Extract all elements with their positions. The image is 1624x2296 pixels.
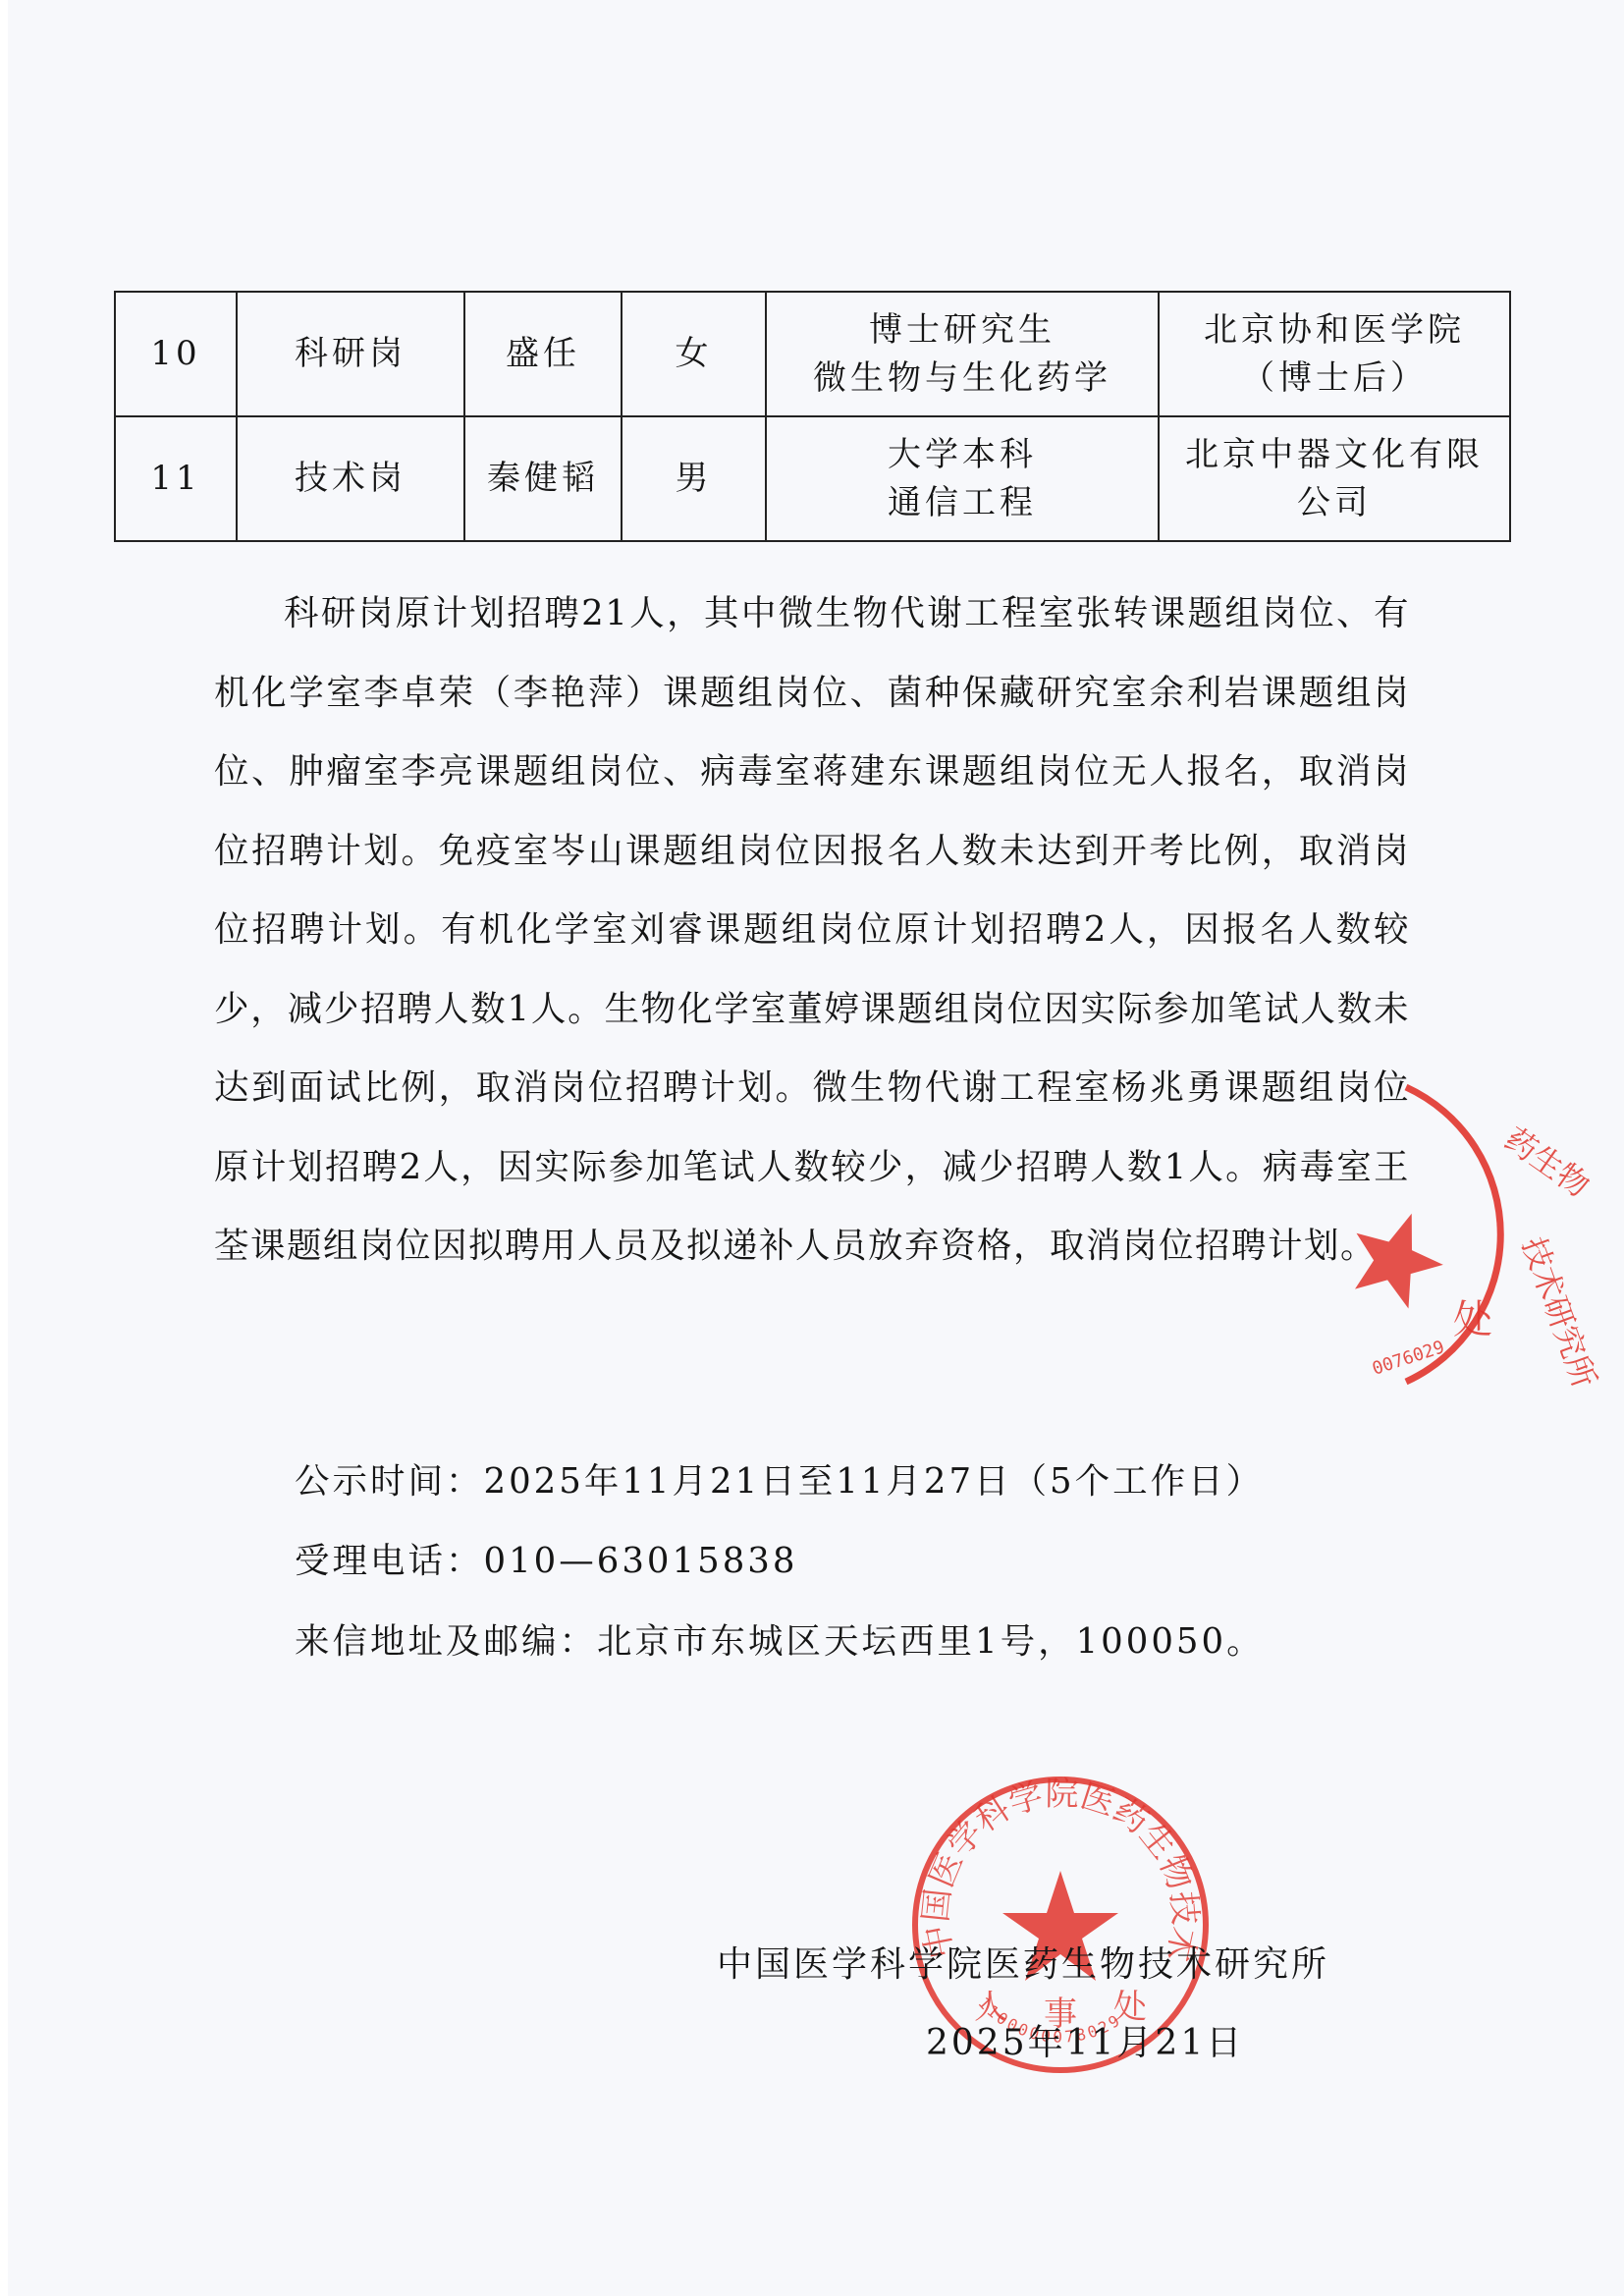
scan-page-edge [0,0,8,2296]
cell-employer: 北京协和医学院 （博士后） [1159,292,1510,416]
cell-post: 科研岗 [237,292,464,416]
cell-number: 11 [115,416,237,541]
education-major: 通信工程 [767,479,1158,527]
svg-text:中国医学科学院医药生物技术研究所: 中国医学科学院医药生物技术研究所 [903,1768,1205,1965]
education-major: 微生物与生化药学 [767,355,1158,403]
education-degree: 博士研究生 [767,306,1158,355]
employer-line-2: 公司 [1160,479,1509,527]
cell-name: 盛任 [464,292,622,416]
table-row: 10 科研岗 盛任 女 博士研究生 微生物与生化药学 北京协和医学院 （博士后） [115,292,1510,416]
issuing-organization: 中国医学科学院医药生物技术研究所 [717,1937,1329,1987]
svg-text:药生物: 药生物 [1497,1120,1596,1204]
mailing-address: 来信地址及邮编：北京市东城区天坛西里1号，100050。 [295,1613,1265,1664]
hiring-table: 10 科研岗 盛任 女 博士研究生 微生物与生化药学 北京协和医学院 （博士后）… [114,291,1511,542]
contact-phone: 受理电话：010—63015838 [295,1533,797,1583]
cell-gender: 女 [622,292,766,416]
table-row: 11 技术岗 秦健韬 男 大学本科 通信工程 北京中器文化有限 公司 [115,416,1510,541]
cell-employer: 北京中器文化有限 公司 [1159,416,1510,541]
svg-text:处: 处 [1453,1297,1492,1342]
publicity-period: 公示时间：2025年11月21日至11月27日（5个工作日） [295,1453,1264,1503]
cell-education: 大学本科 通信工程 [766,416,1159,541]
cell-name: 秦健韬 [464,416,622,541]
employer-line-1: 北京协和医学院 [1160,306,1509,355]
cell-gender: 男 [622,416,766,541]
notice-paragraph: 科研岗原计划招聘21人，其中微生物代谢工程室张转课题组岗位、有机化学室李卓荣（李… [214,574,1410,1286]
issue-date: 2025年11月21日 [926,2015,1244,2065]
employer-line-1: 北京中器文化有限 [1160,431,1509,479]
cell-education: 博士研究生 微生物与生化药学 [766,292,1159,416]
svg-text:0076029: 0076029 [1370,1337,1447,1379]
cell-number: 10 [115,292,237,416]
svg-text:技术研究所: 技术研究所 [1514,1232,1602,1393]
employer-line-2: （博士后） [1160,355,1509,403]
cell-post: 技术岗 [237,416,464,541]
education-degree: 大学本科 [767,431,1158,479]
